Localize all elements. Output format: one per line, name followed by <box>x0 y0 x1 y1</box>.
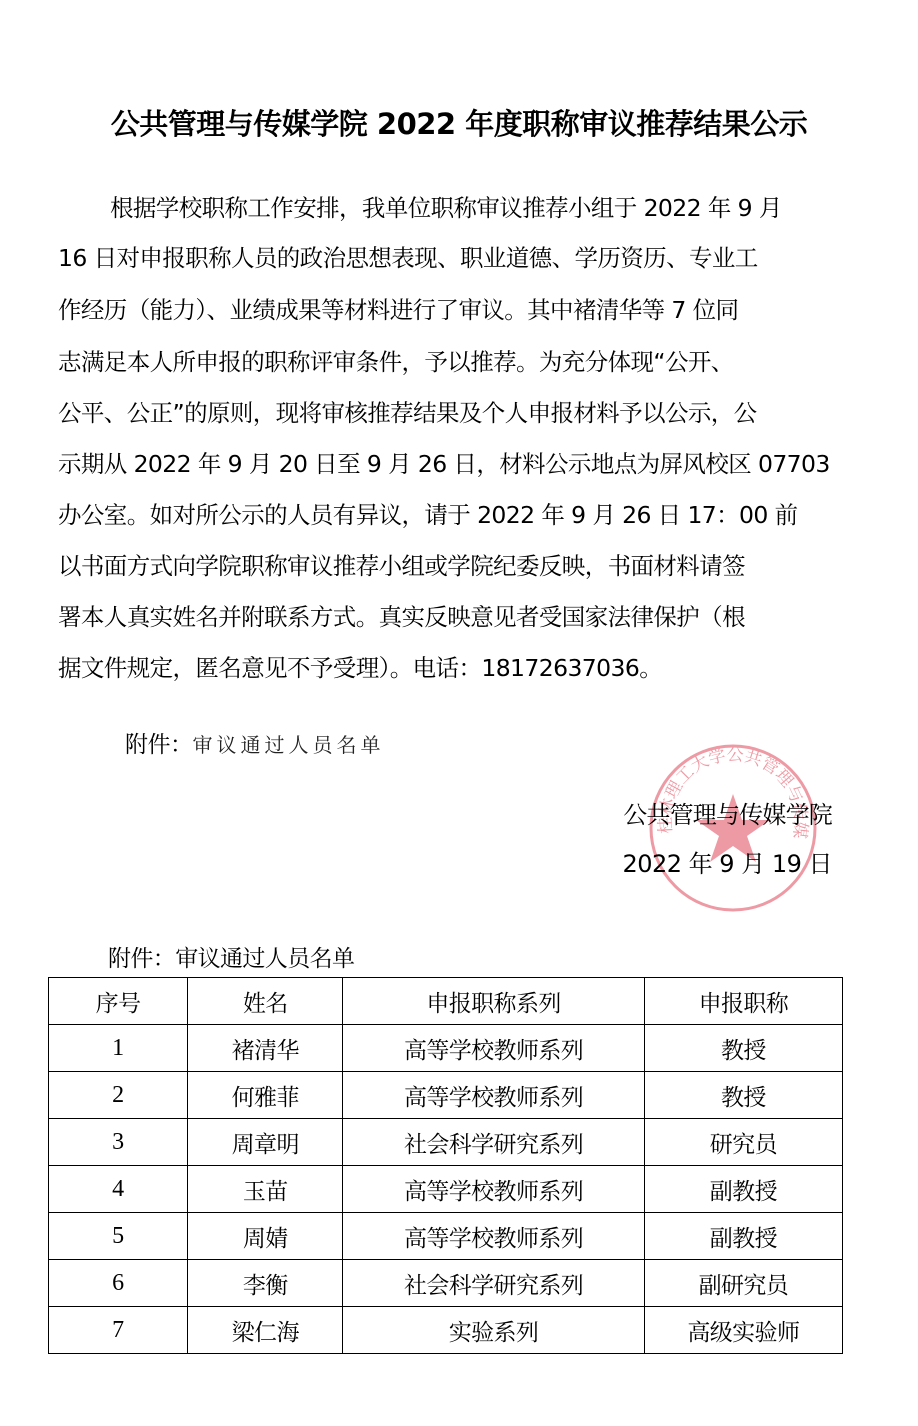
cell-index: 4 <box>49 1166 188 1213</box>
approved-personnel-table: 序号 姓名 申报职称系列 申报职称 1 褚清华 高等学校教师系列 教授 2 何雅… <box>48 977 843 1354</box>
cell-index: 1 <box>49 1025 188 1072</box>
table-row: 2 何雅菲 高等学校教师系列 教授 <box>49 1072 843 1119</box>
cell-index: 7 <box>49 1307 188 1354</box>
attachment-label: 附件： <box>125 732 193 758</box>
signature-date: 2022 年 9 月 19 日 <box>622 846 832 882</box>
cell-name: 玉苗 <box>188 1166 343 1213</box>
cell-index: 2 <box>49 1072 188 1119</box>
cell-series: 高等学校教师系列 <box>343 1025 644 1072</box>
body-line: 公平、公正”的原则，现将审核推荐结果及个人申报材料予以公示，公 <box>58 397 833 429</box>
header-index: 序号 <box>49 978 188 1025</box>
table-row: 3 周章明 社会科学研究系列 研究员 <box>49 1119 843 1166</box>
cell-title: 高级实验师 <box>644 1307 842 1354</box>
attachment-note: 附件：审议通过人员名单 <box>125 728 385 762</box>
body-line: 根据学校职称工作安排，我单位职称审议推荐小组于 2022 年 9 月 <box>58 192 833 224</box>
cell-title: 副教授 <box>644 1213 842 1260</box>
body-line: 办公室。如对所公示的人员有异议，请于 2022 年 9 月 26 日 17：00… <box>58 499 833 531</box>
cell-title: 研究员 <box>644 1119 842 1166</box>
cell-name: 何雅菲 <box>188 1072 343 1119</box>
table-row: 6 李衡 社会科学研究系列 副研究员 <box>49 1260 843 1307</box>
cell-series: 高等学校教师系列 <box>343 1213 644 1260</box>
cell-name: 周章明 <box>188 1119 343 1166</box>
body-line: 16 日对申报职称人员的政治思想表现、职业道德、学历资历、专业工 <box>58 242 833 274</box>
signature-organization: 公共管理与传媒学院 <box>623 798 832 832</box>
cell-title: 副研究员 <box>644 1260 842 1307</box>
body-line: 示期从 2022 年 9 月 20 日至 9 月 26 日，材料公示地点为屏风校… <box>58 448 833 480</box>
cell-series: 高等学校教师系列 <box>343 1072 644 1119</box>
table-row: 1 褚清华 高等学校教师系列 教授 <box>49 1025 843 1072</box>
table-header-row: 序号 姓名 申报职称系列 申报职称 <box>49 978 843 1025</box>
cell-name: 周婧 <box>188 1213 343 1260</box>
cell-name: 梁仁海 <box>188 1307 343 1354</box>
body-line: 作经历（能力）、业绩成果等材料进行了审议。其中褚清华等 7 位同 <box>58 294 833 326</box>
cell-title: 副教授 <box>644 1166 842 1213</box>
body-line: 据文件规定，匿名意见不予受理）。电话：18172637036。 <box>58 652 833 684</box>
cell-series: 社会科学研究系列 <box>343 1260 644 1307</box>
cell-name: 李衡 <box>188 1260 343 1307</box>
table-row: 7 梁仁海 实验系列 高级实验师 <box>49 1307 843 1354</box>
cell-series: 社会科学研究系列 <box>343 1119 644 1166</box>
table-row: 4 玉苗 高等学校教师系列 副教授 <box>49 1166 843 1213</box>
body-line: 志满足本人所申报的职称评审条件，予以推荐。为充分体现“公开、 <box>58 346 833 378</box>
table-row: 5 周婧 高等学校教师系列 副教授 <box>49 1213 843 1260</box>
header-series: 申报职称系列 <box>343 978 644 1025</box>
cell-index: 6 <box>49 1260 188 1307</box>
header-title: 申报职称 <box>644 978 842 1025</box>
body-line: 以书面方式向学院职称审议推荐小组或学院纪委反映，书面材料请签 <box>58 550 833 582</box>
cell-title: 教授 <box>644 1025 842 1072</box>
document-title: 公共管理与传媒学院 2022 年度职称审议推荐结果公示 <box>0 104 918 144</box>
attachment-value: 审议通过人员名单 <box>193 733 385 757</box>
cell-index: 5 <box>49 1213 188 1260</box>
table-caption: 附件：审议通过人员名单 <box>108 942 354 976</box>
cell-index: 3 <box>49 1119 188 1166</box>
header-name: 姓名 <box>188 978 343 1025</box>
body-line: 署本人真实姓名并附联系方式。真实反映意见者受国家法律保护（根 <box>58 601 833 633</box>
cell-title: 教授 <box>644 1072 842 1119</box>
cell-series: 实验系列 <box>343 1307 644 1354</box>
cell-series: 高等学校教师系列 <box>343 1166 644 1213</box>
cell-name: 褚清华 <box>188 1025 343 1072</box>
